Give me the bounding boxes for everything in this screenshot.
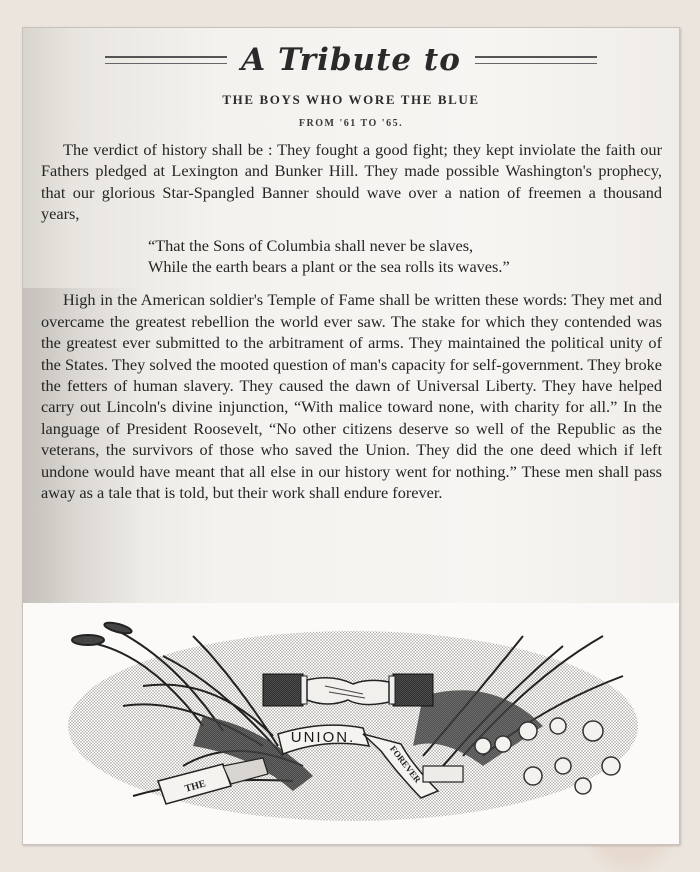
- page-title: A Tribute to: [241, 42, 461, 78]
- decorative-rule-right: [475, 56, 597, 64]
- date-range: FROM '61 TO '65.: [23, 118, 679, 129]
- document-page: A Tribute to THE BOYS WHO WORE THE BLUE …: [22, 27, 680, 845]
- paragraph-2: High in the American soldier's Temple of…: [41, 289, 662, 503]
- title-row: A Tribute to: [23, 42, 679, 78]
- ribbon-text-union: UNION.: [291, 729, 356, 746]
- union-forever-engraving: THE UNION. FOREVER: [63, 616, 643, 821]
- page-header: A Tribute to THE BOYS WHO WORE THE BLUE …: [23, 42, 679, 129]
- verse-quote: “That the Sons of Columbia shall never b…: [148, 235, 662, 278]
- paragraph-1: The verdict of history shall be : They f…: [41, 139, 662, 225]
- tribute-text: The verdict of history shall be : They f…: [41, 139, 662, 504]
- decorative-rule-left: [105, 56, 227, 64]
- verse-line-1: “That the Sons of Columbia shall never b…: [148, 235, 662, 256]
- verse-line-2: While the earth bears a plant or the sea…: [148, 256, 662, 277]
- page-subtitle: THE BOYS WHO WORE THE BLUE: [23, 92, 679, 108]
